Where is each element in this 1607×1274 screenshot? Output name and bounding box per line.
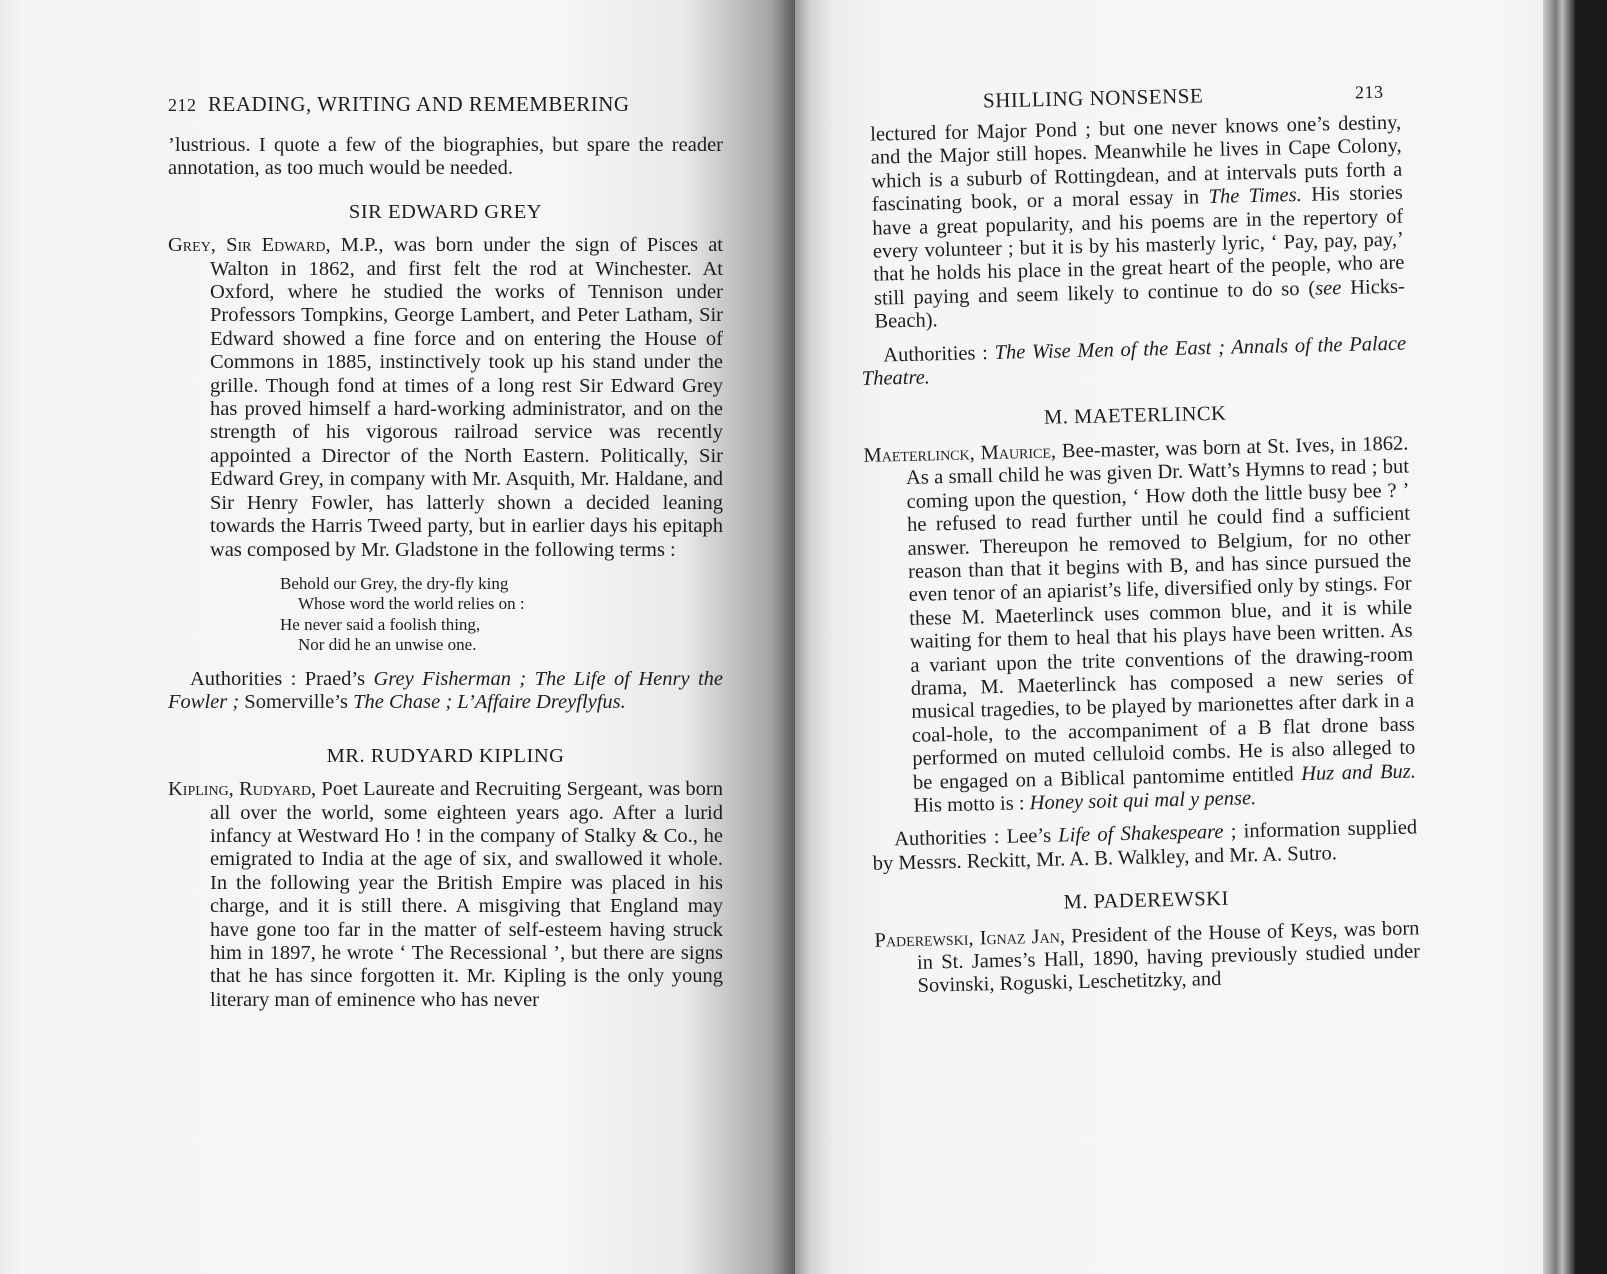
entry-maeterlinck: Maeterlinck, Maurice, Bee-master, was bo…	[863, 432, 1416, 819]
entry-title-maeterlinck: M. MAETERLINCK	[863, 399, 1408, 435]
poem-line: He never said a foolish thing,	[280, 615, 723, 636]
authorities-text: Lee’s	[999, 825, 1058, 848]
entry-body: Bee-master, was born at St. Ives, in 186…	[906, 432, 1416, 793]
italic-text: see	[1315, 277, 1342, 300]
entry-kipling: Kipling, Rudyard, Poet Laureate and Recr…	[168, 778, 723, 1012]
entry-body: M.P., was born under the sign of Pisces …	[210, 234, 723, 560]
entry-body: Poet Laureate and Recruiting Sergeant, w…	[210, 778, 723, 1011]
epitaph-poem: Behold our Grey, the dry-fly king Whose …	[280, 574, 723, 656]
page-edges	[1543, 0, 1575, 1274]
authorities-label: Authorities :	[883, 342, 988, 366]
right-page-body: lectured for Major Pond ; but one never …	[856, 112, 1421, 1000]
entry-name: Paderewski, Ignaz Jan,	[874, 925, 1065, 951]
authorities-label: Authorities :	[190, 668, 296, 690]
entry-name: Grey, Sir Edward,	[168, 234, 331, 256]
intro-paragraph: ’lustrious. I quote a few of the biograp…	[168, 134, 723, 181]
authorities-text: Praed’s	[296, 668, 373, 690]
right-running-head: SHILLING NONSENSE	[983, 84, 1204, 114]
running-head-title: READING, WRITING AND REMEMBERING	[208, 92, 630, 116]
authorities-italic: Life of Shakespeare	[1058, 821, 1224, 847]
entry-grey: Grey, Sir Edward, M.P., was born under t…	[168, 234, 723, 562]
italic-text: Honey soit qui mal y pense.	[1029, 787, 1256, 814]
page-number: 213	[1355, 82, 1384, 104]
page-number: 212	[168, 95, 197, 115]
entry-name: Kipling, Rudyard,	[168, 778, 316, 800]
italic-text: Huz and Buz.	[1301, 760, 1416, 785]
left-running-head: 212 READING, WRITING AND REMEMBERING	[168, 92, 630, 117]
left-page-body: ’lustrious. I quote a few of the biograp…	[168, 134, 723, 1012]
authorities-label: Authorities :	[894, 826, 1000, 850]
left-page: 212 READING, WRITING AND REMEMBERING ’lu…	[0, 0, 795, 1274]
authorities-italic: The Chase ; L’Affaire Dreyflyfus.	[353, 691, 626, 713]
authorities-text: Somerville’s	[239, 691, 353, 713]
poem-line: Behold our Grey, the dry-fly king	[280, 574, 723, 595]
body-text: His motto is :	[913, 792, 1030, 817]
entry-name: Maeterlinck, Maurice,	[863, 440, 1056, 466]
authorities-grey: Authorities : Praed’s Grey Fisherman ; T…	[168, 668, 723, 715]
book-spread: 212 READING, WRITING AND REMEMBERING ’lu…	[0, 0, 1607, 1274]
entry-paderewski: Paderewski, Ignaz Jan, President of the …	[874, 917, 1420, 1000]
kipling-continuation: lectured for Major Pond ; but one never …	[856, 112, 1406, 335]
entry-title-grey: SIR EDWARD GREY	[168, 201, 723, 224]
entry-title-kipling: MR. RUDYARD KIPLING	[168, 745, 723, 768]
entry-title-paderewski: M. PADEREWSKI	[874, 884, 1419, 920]
italic-text: The Times.	[1208, 184, 1302, 208]
poem-line: Nor did he an unwise one.	[280, 635, 723, 656]
poem-line: Whose word the world relies on :	[280, 594, 723, 615]
